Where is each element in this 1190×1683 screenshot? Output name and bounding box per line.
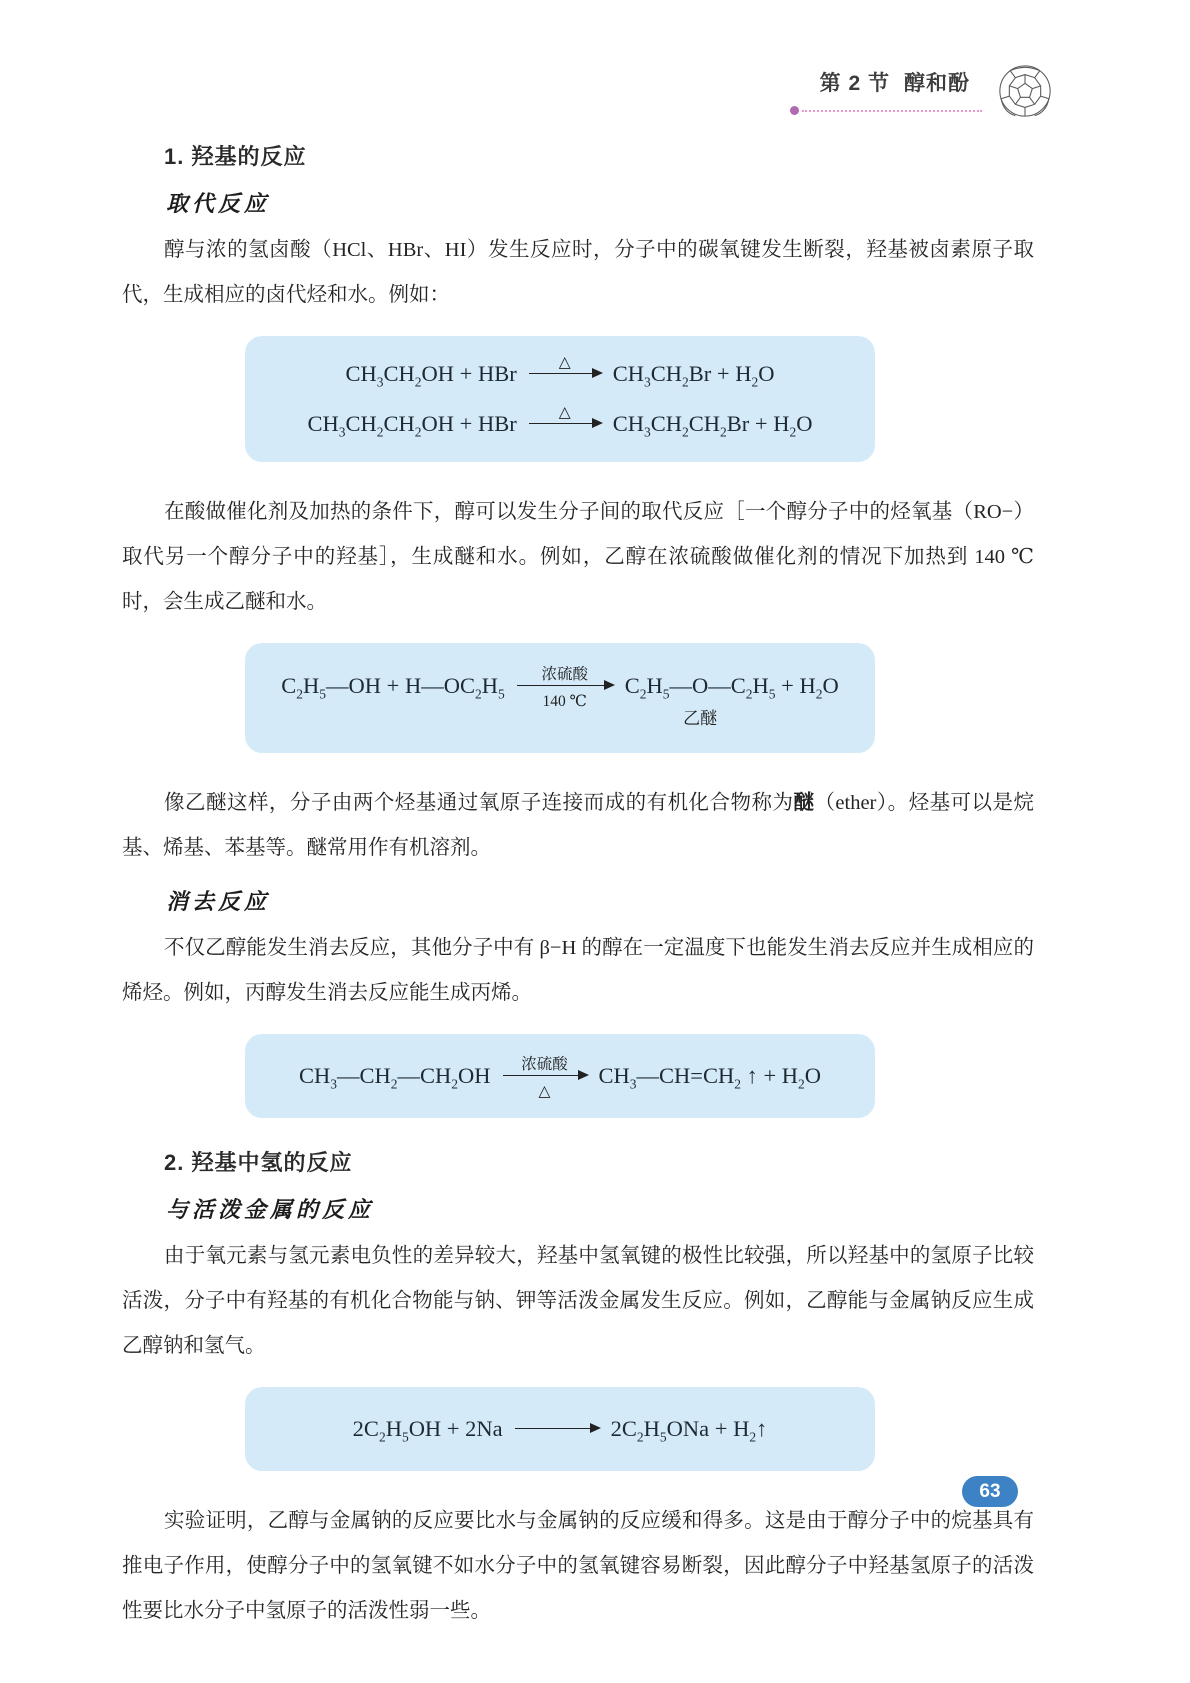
paragraph-substitution-intro: 醇与浓的氢卤酸（HCl、HBr、HI）发生反应时，分子中的碳氧键发生断裂，羟基被… xyxy=(122,228,1034,318)
equation-box-halogenation: CH3CH2OH + HBr△CH3CH2Br + H2O CH3CH2CH2O… xyxy=(245,336,875,462)
equation-right: CH3CH2Br + H2O xyxy=(613,361,775,386)
equation-ethanol-hbr: CH3CH2OH + HBr△CH3CH2Br + H2O xyxy=(245,349,875,399)
equation-ether-synthesis: C2H5—OH + H—OC2H5浓硫酸140 ℃C2H5—O—C2H5乙醚 +… xyxy=(245,665,875,707)
section-label: 第 2 节 xyxy=(820,72,890,95)
paragraph-experiment-conclusion: 实验证明，乙醇与金属钠的反应要比水与金属钠的反应缓和得多。这是由于醇分子中的烷基… xyxy=(122,1499,1034,1634)
section-title: 醇和酚 xyxy=(904,72,970,95)
subsection-active-metal-heading: 与活泼金属的反应 xyxy=(166,1193,1034,1224)
equation-tail: + H2O xyxy=(781,673,839,698)
text-segment: 像乙醚这样，分子由两个烃基通过氧原子连接而成的有机化合物称为 xyxy=(164,792,793,814)
equation-product: C2H5—O—C2H5 xyxy=(625,673,776,698)
equation-propanol-elimination: CH3—CH2—CH2OH浓硫酸△CH3—CH=CH2 ↑ + H2O xyxy=(245,1055,875,1097)
paragraph-elimination-intro: 不仅乙醇能发生消去反应，其他分子中有 β−H 的醇在一定温度下也能发生消去反应并… xyxy=(122,926,1034,1016)
paragraph-active-metal-intro: 由于氧元素与氢元素电负性的差异较大，羟基中氢氧键的极性比较强，所以羟基中的氢原子… xyxy=(122,1234,1034,1369)
equation-box-elimination: CH3—CH2—CH2OH浓硫酸△CH3—CH=CH2 ↑ + H2O xyxy=(245,1034,875,1118)
equation-ethanol-sodium: 2C2H5OH + 2Na2C2H5ONa + H2↑ xyxy=(245,1408,875,1450)
page-number: 63 xyxy=(979,1481,1000,1503)
equation-left: CH3CH2OH + HBr xyxy=(346,361,517,386)
reaction-arrow-icon xyxy=(515,1428,599,1429)
equation-left: 2C2H5OH + 2Na xyxy=(353,1416,503,1441)
arrow-condition-above: △ xyxy=(559,404,571,421)
arrow-condition-below: △ xyxy=(539,1083,551,1100)
section-2-heading: 2. 羟基中氢的反应 xyxy=(164,1146,1034,1177)
reaction-arrow-icon: 浓硫酸△ xyxy=(503,1075,587,1076)
textbook-page: 第 2 节醇和酚 1. 羟基的反应 xyxy=(0,0,1190,1683)
page-content: 1. 羟基的反应 取代反应 醇与浓的氢卤酸（HCl、HBr、HI）发生反应时，分… xyxy=(122,132,1034,1646)
paragraph-ether-formation: 在酸做催化剂及加热的条件下，醇可以发生分子间的取代反应［一个醇分子中的烃氧基（R… xyxy=(122,490,1034,625)
header-divider xyxy=(790,106,982,115)
equation-right: CH3CH2CH2Br + H2O xyxy=(613,411,813,436)
header-dot-icon xyxy=(790,106,799,115)
equation-left: C2H5—OH + H—OC2H5 xyxy=(281,673,504,698)
header-title-block: 第 2 节醇和酚 xyxy=(790,67,982,115)
page-number-badge: 63 xyxy=(962,1476,1018,1507)
reaction-arrow-icon: 浓硫酸140 ℃ xyxy=(517,685,613,686)
paragraph-ether-definition: 像乙醚这样，分子由两个烃基通过氧原子连接而成的有机化合物称为醚（ether）。烃… xyxy=(122,781,1034,871)
page-header: 第 2 节醇和酚 xyxy=(790,62,1054,120)
equation-right: CH3—CH=CH2 ↑ + H2O xyxy=(599,1063,822,1088)
equation-box-ether: C2H5—OH + H—OC2H5浓硫酸140 ℃C2H5—O—C2H5乙醚 +… xyxy=(245,643,875,753)
equation-left: CH3—CH2—CH2OH xyxy=(299,1063,491,1088)
header-title: 第 2 节醇和酚 xyxy=(790,67,982,106)
equation-propanol-hbr: CH3CH2CH2OH + HBr△CH3CH2CH2Br + H2O xyxy=(245,399,875,449)
arrow-condition-above: 浓硫酸 xyxy=(541,666,588,683)
arrow-condition-above: 浓硫酸 xyxy=(521,1056,568,1073)
equation-left: CH3CH2CH2OH + HBr xyxy=(308,411,517,436)
equation-box-sodium: 2C2H5OH + 2Na2C2H5ONa + H2↑ xyxy=(245,1387,875,1471)
reaction-arrow-icon: △ xyxy=(529,373,601,374)
arrow-condition-above: △ xyxy=(559,354,571,371)
section-1-heading: 1. 羟基的反应 xyxy=(164,140,1034,171)
reaction-arrow-icon: △ xyxy=(529,423,601,424)
fullerene-molecule-icon xyxy=(996,62,1054,120)
header-dotted-line xyxy=(802,110,982,112)
bold-term-ether: 醚 xyxy=(793,792,814,814)
arrow-condition-below: 140 ℃ xyxy=(543,693,587,710)
equation-right: 2C2H5ONa + H2↑ xyxy=(611,1416,768,1441)
product-with-label: C2H5—O—C2H5乙醚 xyxy=(625,665,776,707)
product-name-label: 乙醚 xyxy=(683,698,717,740)
subsection-elimination-heading: 消去反应 xyxy=(166,885,1034,916)
subsection-substitution-heading: 取代反应 xyxy=(166,187,1034,218)
